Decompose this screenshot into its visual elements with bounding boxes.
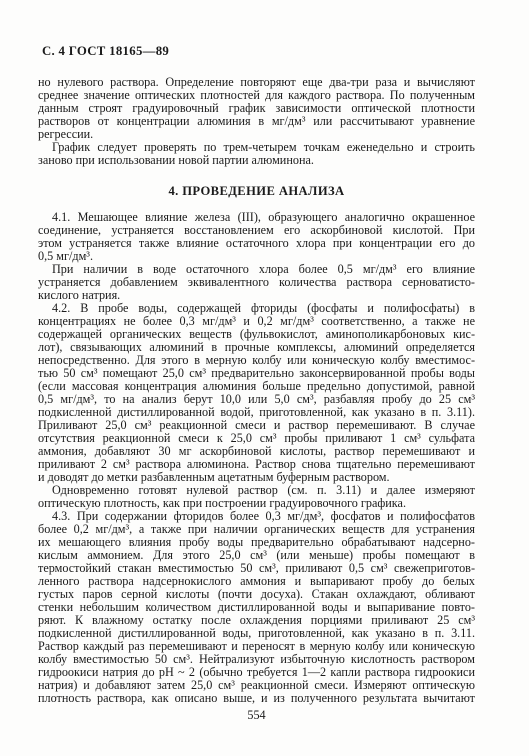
text-line: подкисленной дистиллированной водой, при…: [38, 406, 475, 419]
text-line: (если массовая концентрация алюминия бол…: [38, 380, 475, 393]
text-line: 4.2. В пробе воды, содержащей фториды (ф…: [38, 302, 475, 315]
text-line: растворов от концентрации алюминия в мг/…: [38, 115, 475, 128]
text-line: тью 50 см³ помещают 25,0 см³ предварител…: [38, 367, 475, 380]
content: но нулевого раствора. Определение повтор…: [38, 76, 475, 705]
text-line: их мешающего влияния пробу воды предвари…: [38, 536, 475, 549]
text-line: 0,5 мг/дм³, то на анализ берут 10,0 или …: [38, 393, 475, 406]
text-line: При наличии в воде остаточного хлора бол…: [38, 263, 475, 276]
paragraph: При наличии в воде остаточного хлора бол…: [38, 263, 475, 302]
text-line: аммония, добавляют 30 мг аскорбиновой ки…: [38, 445, 475, 458]
paragraph: но нулевого раствора. Определение повтор…: [38, 76, 475, 141]
paragraph: 4.2. В пробе воды, содержащей фториды (ф…: [38, 302, 475, 484]
paragraph: График следует проверять по трем-четырем…: [38, 141, 475, 167]
text-line: регрессии.: [38, 128, 475, 141]
text-line: заново при использовании новой партии ал…: [38, 154, 475, 167]
running-header: С. 4 ГОСТ 18165—89: [42, 44, 169, 59]
text-line: концентрациях не более 0,3 мг/дм³ и 0,2 …: [38, 315, 475, 328]
text-line: стенки небольшим количеством дистиллиров…: [38, 601, 475, 614]
text-line: 0,5 мг/дм³.: [38, 250, 475, 263]
text-line: устраняется добавлением эквивалентного к…: [38, 276, 475, 289]
text-line: и доводят до метки разбавленным ацетатны…: [38, 471, 475, 484]
text-line: соединение, устраняется восстановлением …: [38, 224, 475, 237]
paragraph: 4.3. При содержании фторидов более 0,3 м…: [38, 510, 475, 705]
text-line: подкисленной дистиллированной воды, приг…: [38, 627, 475, 640]
text-line: оптическую плотность, как при построении…: [38, 497, 475, 510]
document-page: С. 4 ГОСТ 18165—89 но нулевого раствора.…: [0, 0, 529, 756]
text-line: гидроокиси натрия до рН ~ 2 (обычно треб…: [38, 666, 475, 679]
paragraph: 4.1. Мешающее влияние железа (III), обра…: [38, 211, 475, 263]
text-line: Приливают 25,0 см³ реакционной смеси и р…: [38, 419, 475, 432]
text-line: 4.1. Мешающее влияние железа (III), обра…: [38, 211, 475, 224]
text-line: Раствор каждый раз перемешивают и перено…: [38, 640, 475, 653]
text-line: но нулевого раствора. Определение повтор…: [38, 76, 475, 89]
text-line: ряют. К влажному остатку после охлаждени…: [38, 614, 475, 627]
text-line: данным строят градуировочный график зави…: [38, 102, 475, 115]
text-line: График следует проверять по трем-четырем…: [38, 141, 475, 154]
text-line: более 0,2 мг/дм³, а также при наличии ор…: [38, 523, 475, 536]
text-line: содержащей органических веществ (фульвок…: [38, 328, 475, 341]
text-line: ленного раствора надсернокислого аммония…: [38, 575, 475, 588]
text-line: плотность раствора, как описано выше, и …: [38, 692, 475, 705]
text-line: отсутствия реакционной смеси к 25,0 см³ …: [38, 432, 475, 445]
text-line: густых паров серной кислоты (почти досух…: [38, 588, 475, 601]
paragraph: Одновременно готовят нулевой раствор (см…: [38, 484, 475, 510]
page-number: 554: [38, 708, 475, 723]
text-line: приливают 2 см³ раствора алюминона. Раст…: [38, 458, 475, 471]
text-line: термостойкий стакан вместимостью 50 см³,…: [38, 562, 475, 575]
text-line: непосредственно. Для этого в мерную колб…: [38, 354, 475, 367]
text-line: 4.3. При содержании фторидов более 0,3 м…: [38, 510, 475, 523]
text-line: Одновременно готовят нулевой раствор (см…: [38, 484, 475, 497]
text-line: кислым аммонием. Для этого 25,0 см³ (или…: [38, 549, 475, 562]
text-line: лот), связывающих алюминий в прочные ком…: [38, 341, 475, 354]
text-line: этом устраняется также влияние остаточно…: [38, 237, 475, 250]
text-line: кислого натрия.: [38, 289, 475, 302]
text-line: среднее значение оптических плотностей д…: [38, 89, 475, 102]
text-line: натрия) и добавляют затем 25,0 см³ реакц…: [38, 679, 475, 692]
text-line: колбу вместимостью 50 см³. Нейтрализуют …: [38, 653, 475, 666]
section-heading: 4. ПРОВЕДЕНИЕ АНАЛИЗА: [38, 185, 475, 198]
